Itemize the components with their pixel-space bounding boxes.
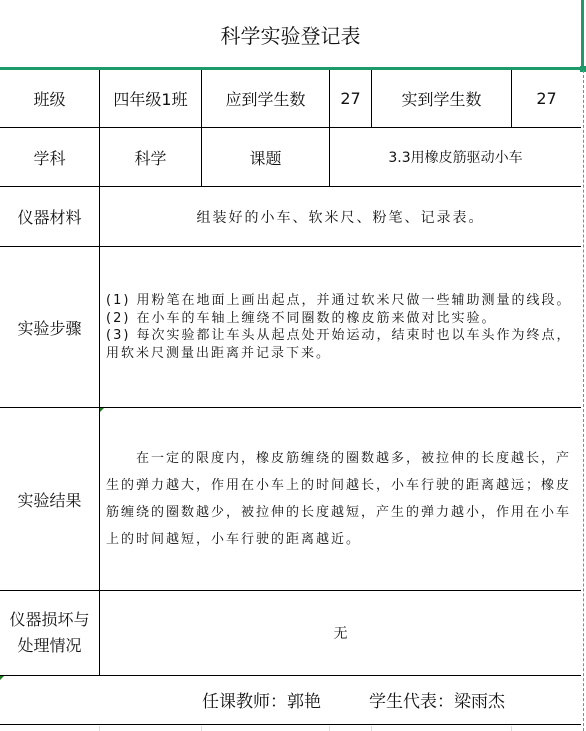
- damage-label-line1: 仪器损坏与: [9, 607, 89, 633]
- steps-list: (1) 用粉笔在地面上画出起点，并通过软米尺做一些辅助测量的线段。 (2) 在小…: [106, 292, 575, 362]
- actual-students-value: 27: [536, 89, 556, 108]
- form-title[interactable]: 科学实验登记表: [0, 0, 581, 68]
- gridline: [371, 726, 372, 731]
- subject-label: 学科: [33, 146, 65, 169]
- expected-label-cell[interactable]: 应到学生数: [202, 70, 330, 128]
- step-item-2: (2) 在小车的车轴上缠绕不同圈数的橡皮筋来做对比实验。: [106, 310, 575, 328]
- topic-label-cell[interactable]: 课题: [202, 128, 330, 187]
- class-label-cell[interactable]: 班级: [0, 70, 100, 128]
- class-value-cell[interactable]: 四年级1班: [100, 70, 202, 128]
- signature-row[interactable]: 任课教师：郭艳 学生代表：梁雨杰: [0, 675, 581, 725]
- expected-students-label: 应到学生数: [225, 87, 305, 110]
- student-rep-signature: 学生代表：梁雨杰: [369, 687, 505, 712]
- expected-value-cell[interactable]: 27: [330, 70, 372, 128]
- steps-value-cell[interactable]: (1) 用粉笔在地面上画出起点，并通过软米尺做一些辅助测量的线段。 (2) 在小…: [100, 247, 581, 408]
- actual-label-cell[interactable]: 实到学生数: [372, 70, 512, 128]
- results-value: 在一定的限度内，橡皮筋缠绕的圈数越多，被拉伸的长度越长，产生的弹力越大，作用在小…: [106, 445, 575, 553]
- class-value: 四年级1班: [113, 87, 187, 110]
- materials-label-cell[interactable]: 仪器材料: [0, 187, 100, 247]
- actual-students-label: 实到学生数: [401, 87, 481, 110]
- comment-indicator-icon: [100, 408, 104, 412]
- materials-value: 组装好的小车、软米尺、粉笔、记录表。: [197, 207, 485, 227]
- steps-label-cell[interactable]: 实验步骤: [0, 247, 100, 408]
- materials-value-cell[interactable]: 组装好的小车、软米尺、粉笔、记录表。: [100, 187, 581, 247]
- subject-value-cell[interactable]: 科学: [100, 128, 202, 187]
- selection-border-right: [581, 0, 584, 70]
- topic-label: 课题: [249, 146, 281, 169]
- gridline: [511, 726, 512, 731]
- step-item-1: (1) 用粉笔在地面上画出起点，并通过软米尺做一些辅助测量的线段。: [106, 292, 575, 310]
- page-break-line: [583, 70, 584, 731]
- results-label-cell[interactable]: 实验结果: [0, 408, 100, 591]
- actual-value-cell[interactable]: 27: [512, 70, 581, 128]
- damage-label-line2: 处理情况: [17, 633, 81, 659]
- topic-value: 3.3用橡皮筋驱动小车: [388, 147, 522, 167]
- subject-value: 科学: [134, 146, 166, 169]
- teacher-signature: 任课教师：郭艳: [202, 687, 321, 712]
- steps-label: 实验步骤: [17, 316, 81, 339]
- results-value-cell[interactable]: 在一定的限度内，橡皮筋缠绕的圈数越多，被拉伸的长度越长，产生的弹力越大，作用在小…: [100, 408, 581, 591]
- damage-label-cell[interactable]: 仪器损坏与 处理情况: [0, 591, 100, 676]
- damage-value: 无: [334, 623, 348, 643]
- subject-label-cell[interactable]: 学科: [0, 128, 100, 187]
- gridline: [99, 726, 100, 731]
- expected-students-value: 27: [340, 89, 360, 108]
- gridline: [201, 726, 202, 731]
- materials-label: 仪器材料: [17, 205, 81, 228]
- gridline: [329, 726, 330, 731]
- class-label: 班级: [33, 87, 65, 110]
- results-label: 实验结果: [17, 488, 81, 511]
- damage-value-cell[interactable]: 无: [100, 591, 581, 676]
- step-item-3: (3) 每次实验都让车头从起点处开始运动，结束时也以车头作为终点，用软米尺测量出…: [106, 327, 575, 362]
- topic-value-cell[interactable]: 3.3用橡皮筋驱动小车: [330, 128, 581, 187]
